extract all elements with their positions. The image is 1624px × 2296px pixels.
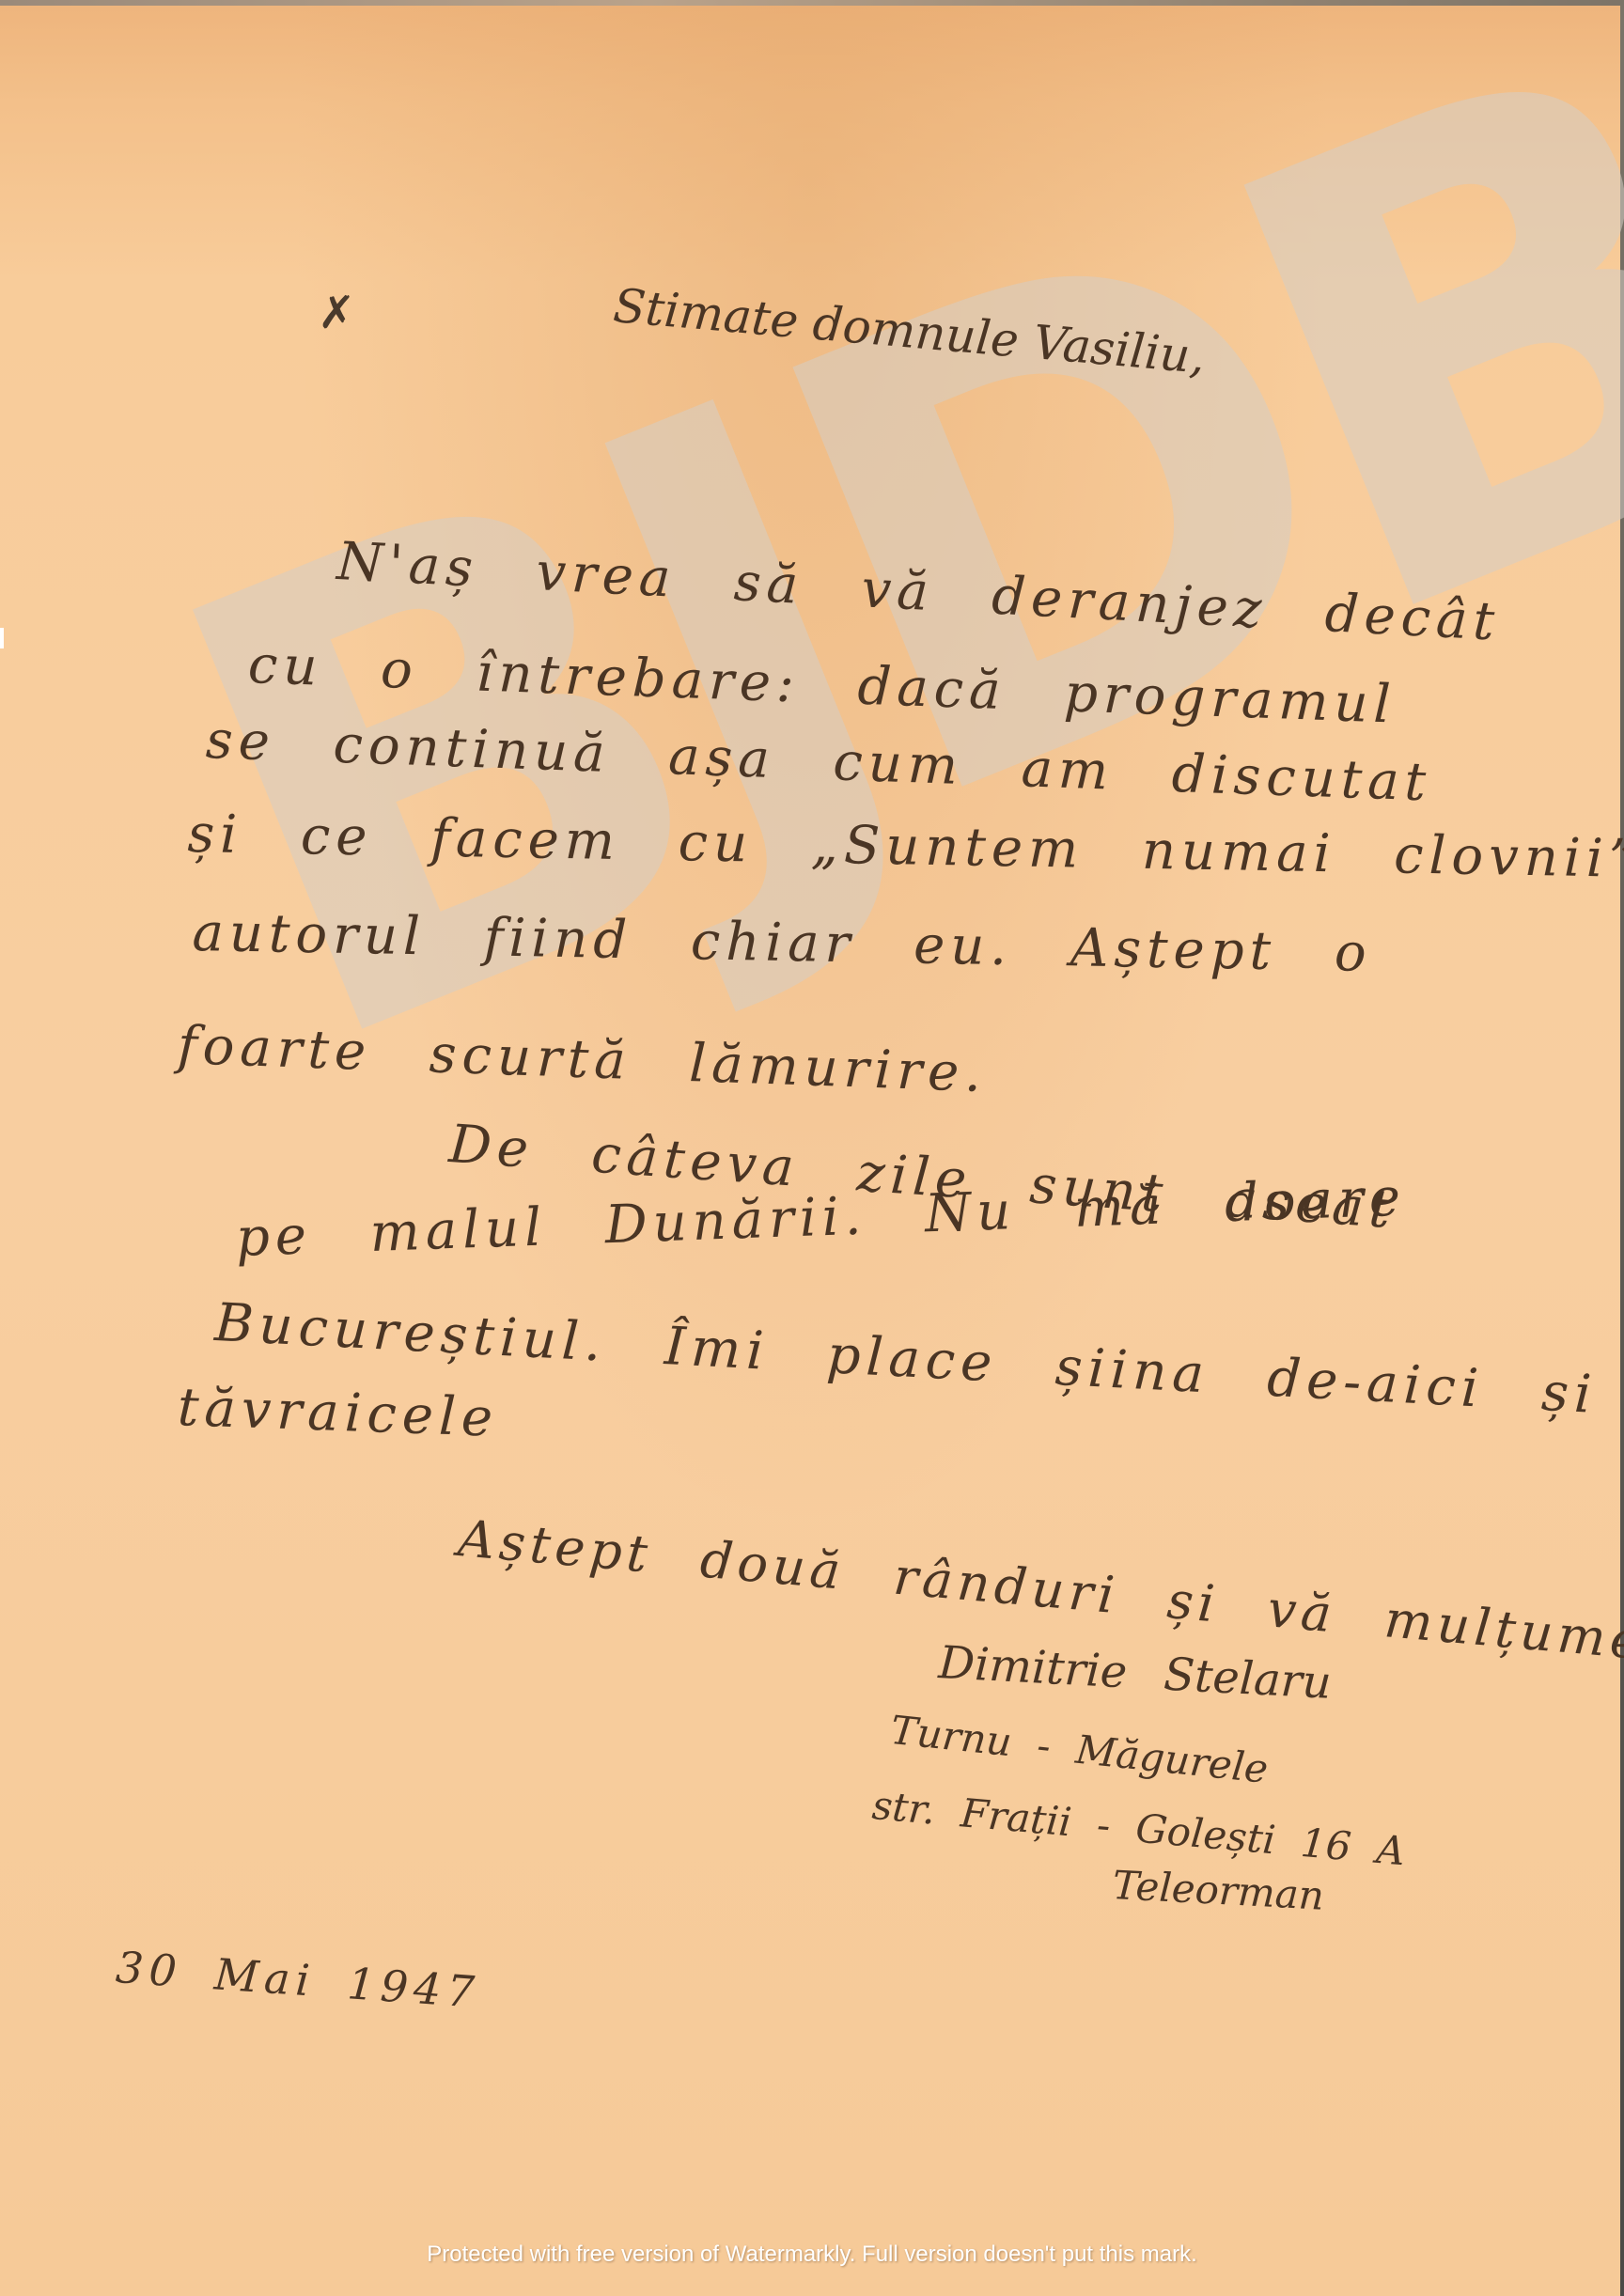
scan-top-edge	[0, 0, 1624, 6]
letter-body-line: foarte scurtă lămurire.	[177, 1020, 988, 1101]
letter-salutation: Stimate domnule Vasiliu,	[612, 282, 1208, 381]
ink-blot-mark: ✗	[318, 287, 355, 339]
letter-body-line: tăvraicele	[177, 1382, 499, 1445]
letter-date: 30 Mai 1947	[115, 1945, 481, 2014]
letter-body-line: autorul fiind chiar eu. Aștept o	[192, 907, 1372, 980]
letter-signature: Dimitrie Stelaru	[937, 1640, 1332, 1706]
address-line-county: Teleorman	[1112, 1866, 1325, 1916]
watermarkly-footer: Protected with free version of Watermark…	[0, 2241, 1624, 2268]
scan-left-tab	[0, 628, 4, 648]
letter-page: BJDB ✗ Stimate domnule Vasiliu, N'aș vre…	[0, 0, 1624, 2296]
address-line-street: str. Frații - Golești 16 A	[870, 1786, 1406, 1871]
address-line-city: Turnu - Măgurele	[889, 1710, 1271, 1789]
letter-body-line: și ce facem cu „Suntem numai clovnii”,	[187, 808, 1624, 886]
letter-body-line: N'aș vrea să vă deranjez decât	[336, 536, 1501, 649]
scan-right-edge	[1620, 0, 1624, 2296]
